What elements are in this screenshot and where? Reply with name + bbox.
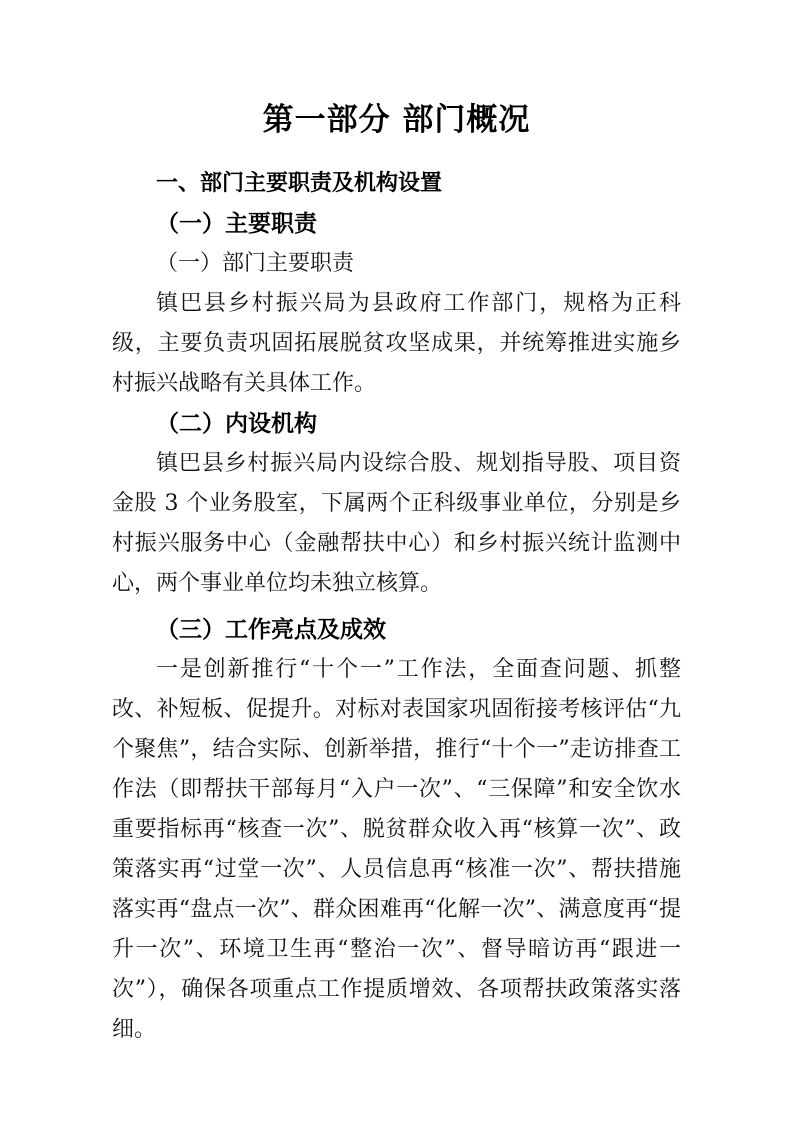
subsection-3-heading: （三）工作亮点及成效 (112, 610, 681, 650)
subsection-1-heading: （一）主要职责 (112, 204, 681, 244)
page-title: 第一部分 部门概况 (112, 98, 681, 142)
section-heading: 一、部门主要职责及机构设置 (112, 164, 681, 204)
subsection-1-paragraph: 镇巴县乡村振兴局为县政府工作部门，规格为正科级，主要负责巩固拓展脱贫攻坚成果，并… (112, 284, 681, 404)
subsection-2-paragraph: 镇巴县乡村振兴局内设综合股、规划指导股、项目资金股 3 个业务股室，下属两个正科… (112, 444, 681, 604)
subsection-2-heading: （二）内设机构 (112, 404, 681, 444)
subsection-1-subheading: （一）部门主要职责 (112, 244, 681, 284)
subsection-3-paragraph: 一是创新推行“十个一”工作法，全面查问题、抓整改、补短板、促提升。对标对表国家巩… (112, 650, 681, 1050)
document-page: 第一部分 部门概况 一、部门主要职责及机构设置 （一）主要职责 （一）部门主要职… (0, 0, 793, 1122)
